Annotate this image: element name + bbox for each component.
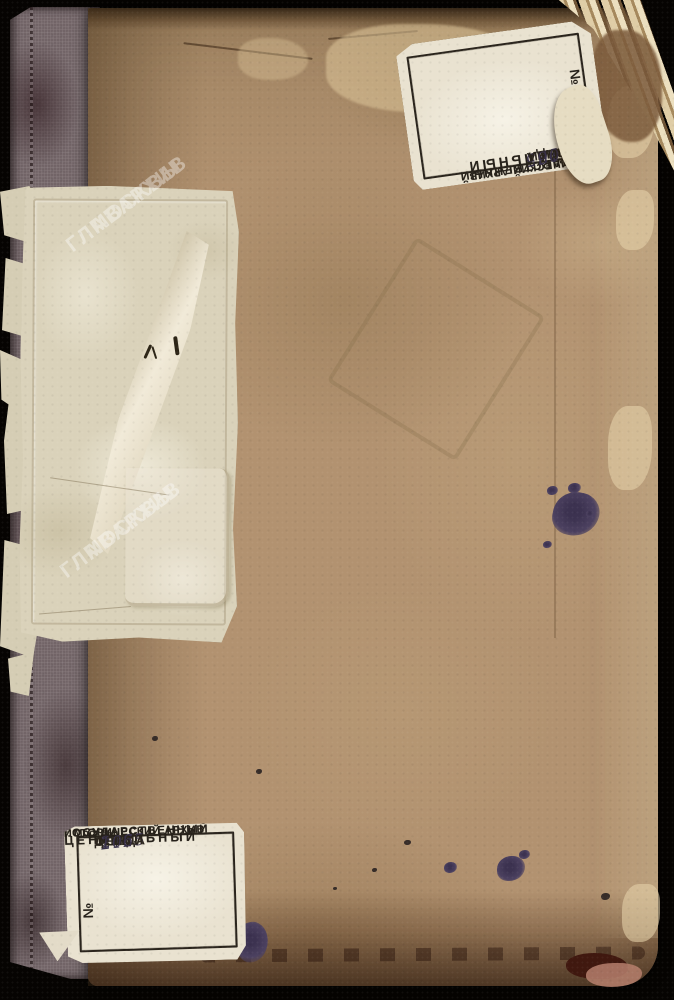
stamp-number-sign: №	[80, 902, 97, 919]
cover-crease	[554, 158, 556, 638]
embossed-diamond-impression	[327, 237, 546, 462]
edge-tear-spot	[622, 884, 660, 942]
bottom-edge-abrasion	[586, 963, 642, 987]
edge-tear-spot	[608, 406, 652, 490]
archive-book-cover-photo: ГЛАВАРХИВ МОСКВЫ ГЛАВАРХИВ МОСКВЫ ЦЕНТРА…	[0, 0, 674, 1000]
edge-tear-spot	[616, 190, 654, 250]
cover-right-worn-edge	[594, 58, 658, 938]
handwritten-delo-number: 106	[100, 830, 136, 853]
cover-abrasion	[238, 38, 308, 80]
blank-pasted-label	[19, 185, 239, 642]
stamp-border-frame	[76, 832, 238, 953]
archive-stamp: ЦЕНТРАЛЬНЫЙ ГОСУДАРСТВЕННЫЙ ИСТОРИЧЕСКИЙ…	[64, 821, 248, 965]
